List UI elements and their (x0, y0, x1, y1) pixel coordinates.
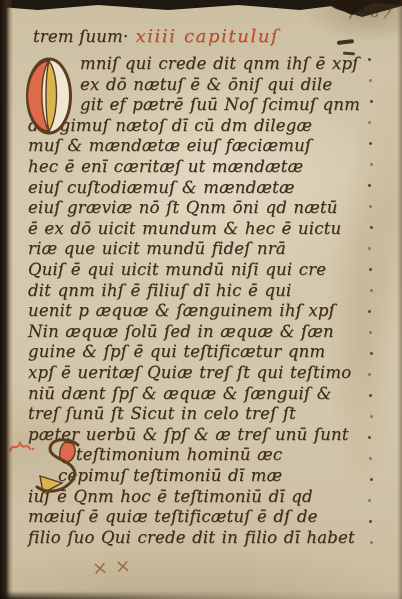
text-line: muſ & mændætæ eiuſ fæciæmuſ (28, 136, 311, 156)
text-line: dit qnm ihſ ē filiuſ dī hic ē qui (28, 281, 292, 301)
text-line: eiuſ cuſtodiæmuſ & mændætæ (28, 178, 295, 198)
decorated-initial-O (23, 55, 76, 137)
text-line: Nin æquæ ſolū ſed in æquæ & ſæn (28, 322, 334, 342)
page-right-edge (397, 0, 402, 599)
binding-gutter-shadow (0, 0, 13, 599)
pricking-dot (368, 121, 371, 124)
pricking-dot (370, 478, 373, 481)
text-line: filio ſuo Qui crede dit in filio dī habe… (28, 528, 355, 548)
text-line: cepimuſ teſtimoniū dī mæ (58, 466, 282, 486)
pricking-dot (369, 331, 372, 334)
text-line: eiuſ græviæ nō ſt Qnm ōni qd nætū (28, 198, 338, 218)
text-line: ē ex dō uicit mundum & hec ē uictu (28, 219, 341, 239)
pricking-dot (368, 184, 371, 187)
text-line: i teſtimonium hominū æc (64, 445, 282, 465)
pricking-dot (370, 352, 373, 355)
text-line: xpſ ē ueritæſ Quiæ treſ ſt qui teſtimo (28, 363, 351, 383)
pricking-dot (368, 310, 371, 313)
pricking-dot (368, 499, 371, 502)
pricking-dot (369, 520, 372, 523)
text-line: mniſ qui crede dit qnm ihſ ē xpſ (80, 54, 359, 74)
bottom-cross-marks: ×× (91, 554, 139, 580)
pricking-dot (369, 142, 372, 145)
pricking-dot (370, 415, 373, 418)
text-line: git ef pætrē ſuū Noſ ſcimuſ qnm (80, 95, 360, 115)
pricking-dot (369, 79, 372, 82)
decorated-initial-S (30, 436, 88, 500)
pricking-dot (368, 247, 371, 250)
text-line: uenit p æquæ & ſænguinem ihſ xpſ (28, 301, 335, 321)
text-line: riæ que uicit mundū fideſ nrā (28, 239, 286, 259)
pricking-dot (369, 268, 372, 271)
pricking-dot (368, 58, 371, 61)
text-line: treſ ſunū ſt Sicut in celo treſ ſt (28, 404, 296, 424)
pricking-dot (369, 394, 372, 397)
page-bottom-edge (0, 591, 402, 599)
pricking-dot (369, 457, 372, 460)
text-line: hec ē enī cæritæſ ut mændætæ (28, 157, 303, 177)
pricking-dot (369, 205, 372, 208)
text-line: mæiuſ ē quiæ teſtificætuſ ē dſ de (28, 507, 318, 527)
text-line: ex dō nætuſ ē & ōniſ qui dile (80, 75, 332, 95)
text-line: Quiſ ē qui uicit mundū niſi qui cre (28, 260, 326, 280)
parchment-page: trem ſuum·xiiii capituluſ mniſ qui crede… (0, 0, 402, 599)
pricking-dot (370, 163, 373, 166)
text-line: niū dænt ſpſ & æquæ & ſænguiſ & (28, 384, 332, 404)
pricking-dot (370, 100, 373, 103)
pricking-dot (370, 226, 373, 229)
pricking-dot (370, 541, 373, 544)
manuscript-photo: trem ſuum·xiiii capituluſ mniſ qui crede… (0, 0, 402, 599)
pricking-dot (368, 373, 371, 376)
pricking-dot (368, 436, 371, 439)
pricking-dot (370, 289, 373, 292)
text-line: guine & ſpſ ē qui teſtificætur qnm (28, 342, 325, 362)
